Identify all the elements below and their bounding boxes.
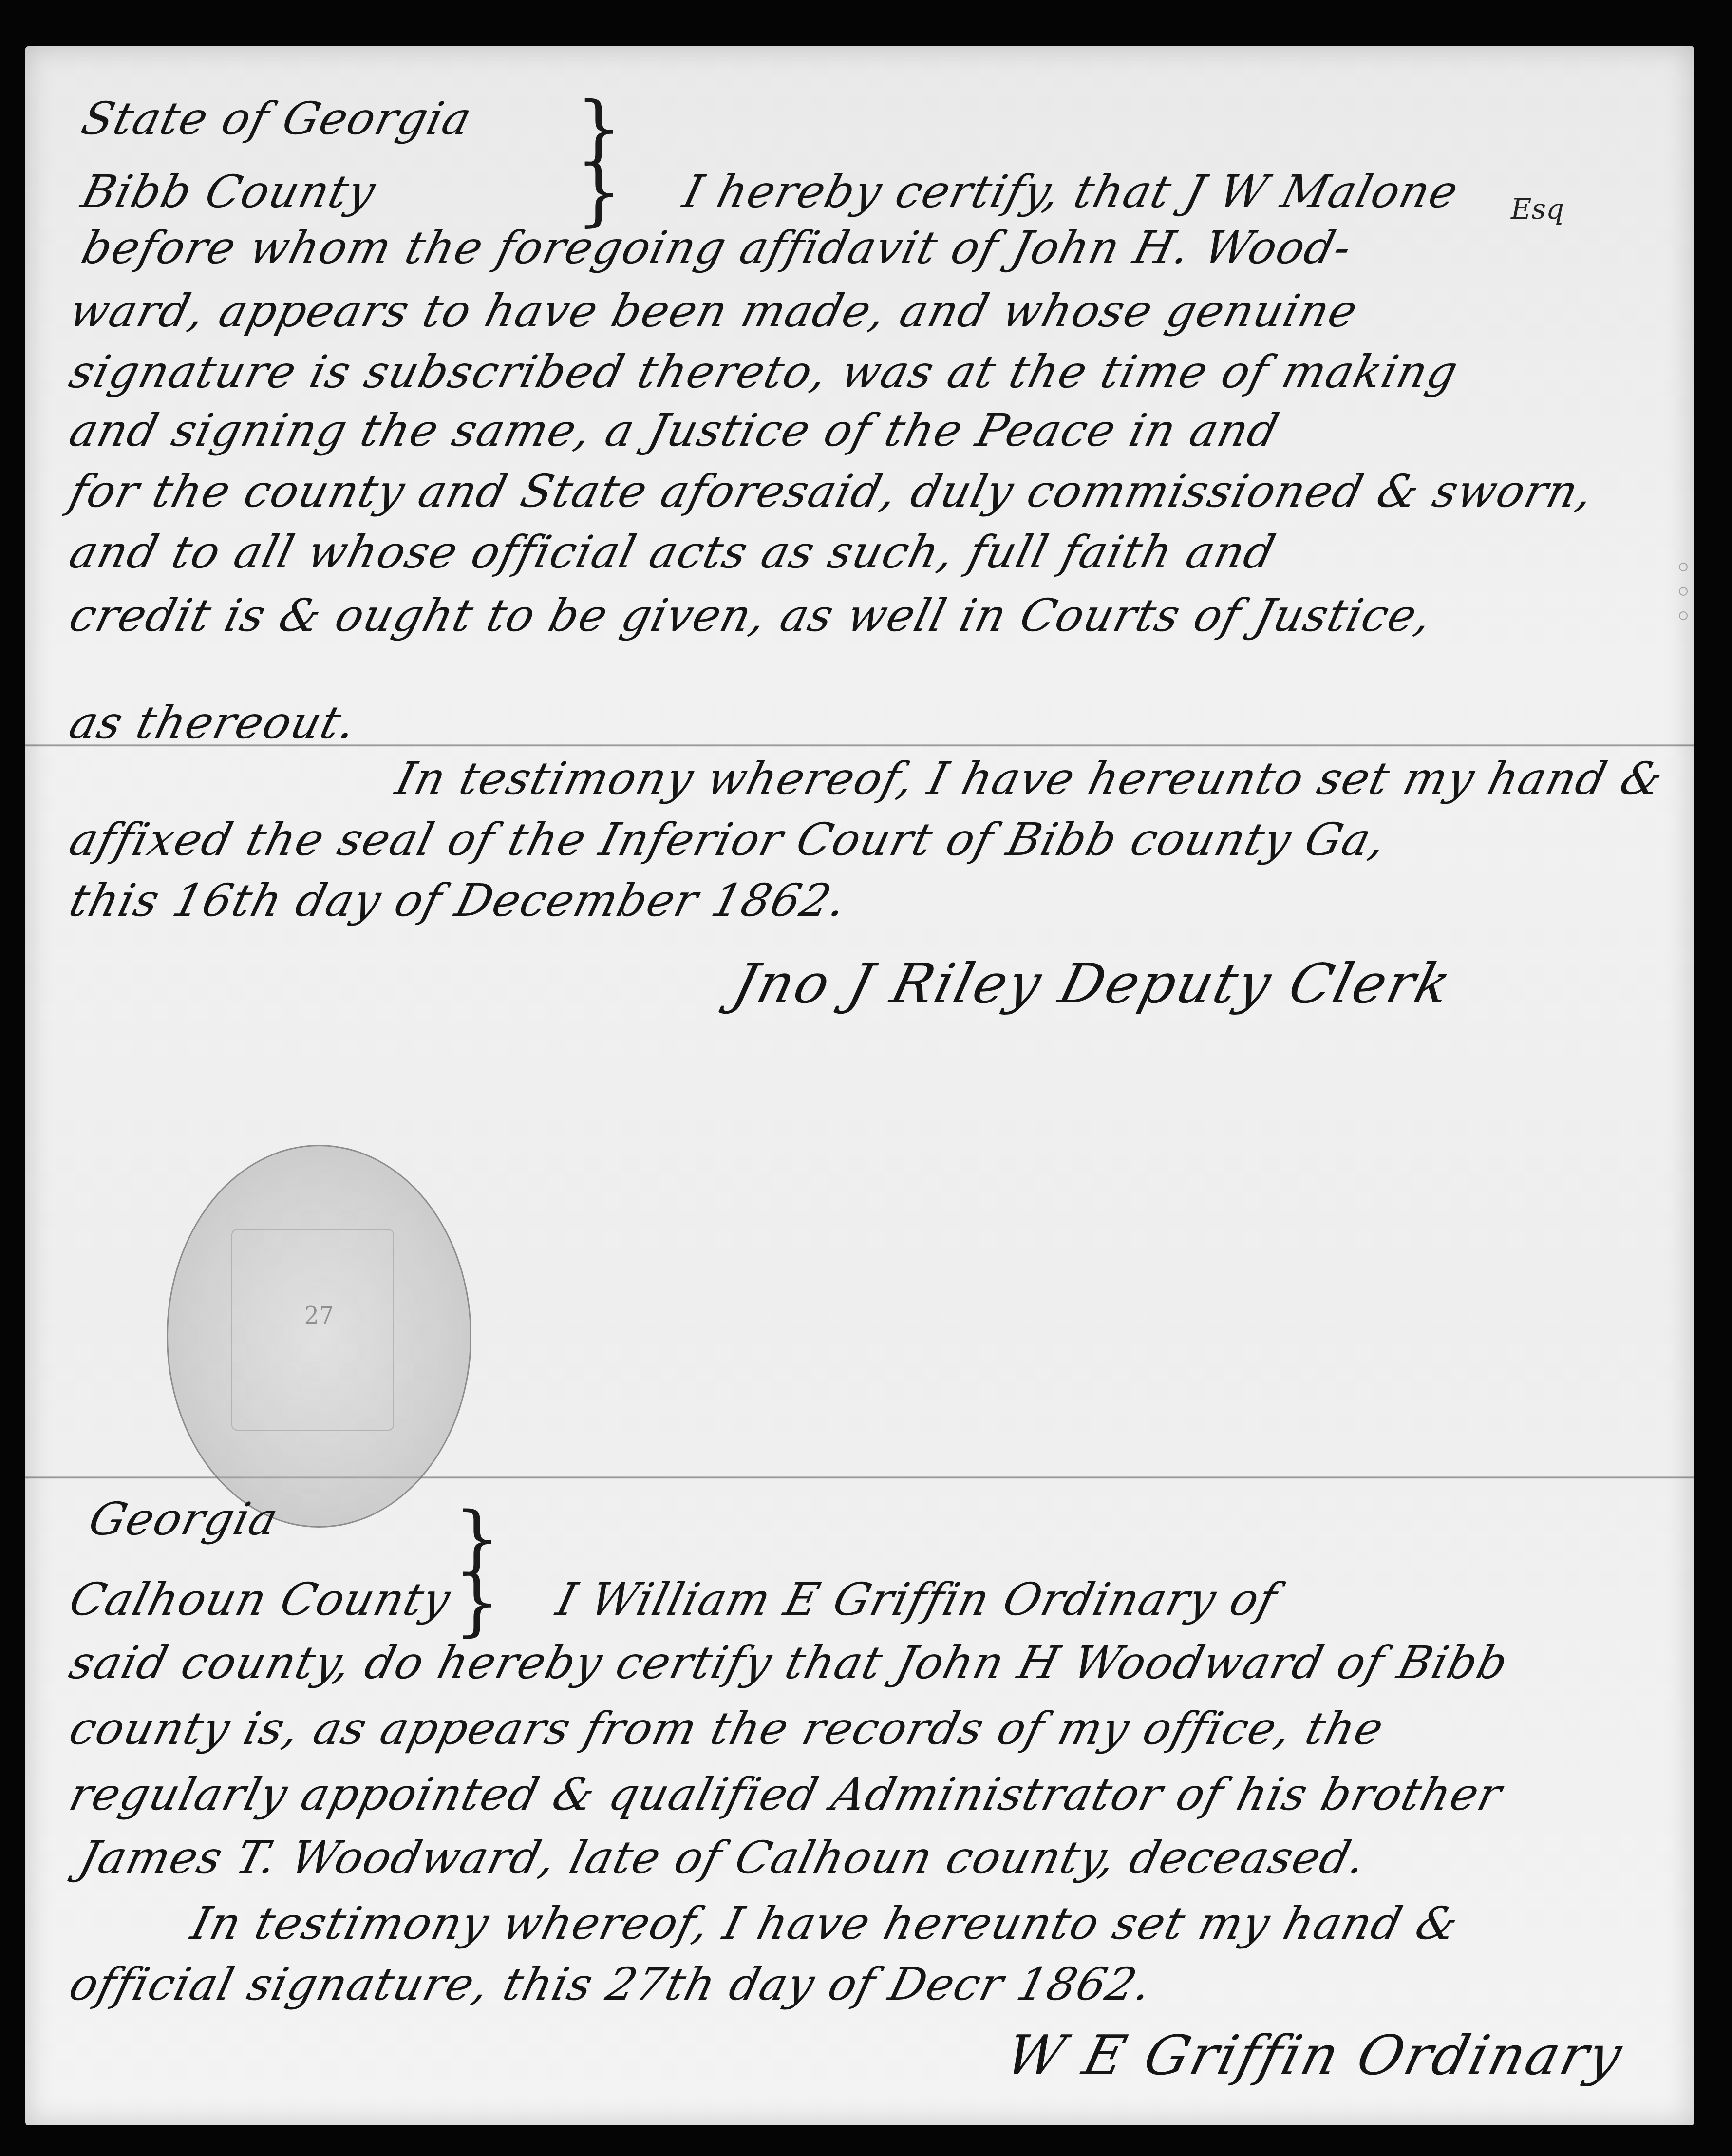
body-line: official signature, this 27th day of Dec… xyxy=(64,1958,1707,2010)
body-line: In testimony whereof, I have hereunto se… xyxy=(186,1897,1707,1949)
header-state: State of Georgia xyxy=(76,93,1707,145)
body-line: county is, as appears from the records o… xyxy=(64,1702,1707,1755)
body-line: for the county and State aforesaid, duly… xyxy=(64,465,1707,517)
court-seal: 27 xyxy=(167,1145,471,1528)
body-line: ward, appears to have been made, and who… xyxy=(64,285,1707,337)
body-line: I William E Griffin Ordinary of xyxy=(551,1573,1707,1626)
body-line: credit is & ought to be given, as well i… xyxy=(64,589,1707,642)
body-line: regularly appointed & qualified Administ… xyxy=(64,1768,1707,1820)
insertion-mark: Esq xyxy=(1511,192,1564,226)
header-state: Georgia xyxy=(84,1493,1707,1545)
body-line: and to all whose official acts as such, … xyxy=(64,526,1707,578)
body-line: James T. Woodward, late of Calhoun count… xyxy=(74,1832,1707,1884)
body-line: said county, do hereby certify that John… xyxy=(64,1637,1707,1689)
signature-ordinary: W E Griffin Ordinary xyxy=(999,2024,1709,2087)
body-line: In testimony whereof, I have hereunto se… xyxy=(391,753,1707,805)
body-line: signature is subscribed thereto, was at … xyxy=(64,346,1707,398)
body-line: as thereout. xyxy=(64,697,1707,749)
body-line: and signing the same, a Justice of the P… xyxy=(64,404,1707,456)
seal-emblem xyxy=(231,1229,394,1431)
document-page: State of Georgia } } Bibb County I hereb… xyxy=(25,46,1694,2125)
body-line: this 16th day of December 1862. xyxy=(64,874,1707,927)
signature-deputy-clerk: Jno J Riley Deputy Clerk xyxy=(727,952,1709,1016)
seal-text: 27 xyxy=(168,1302,470,1329)
body-line: affixed the seal of the Inferior Court o… xyxy=(64,813,1707,866)
body-line: before whom the foregoing affidavit of J… xyxy=(76,222,1707,274)
